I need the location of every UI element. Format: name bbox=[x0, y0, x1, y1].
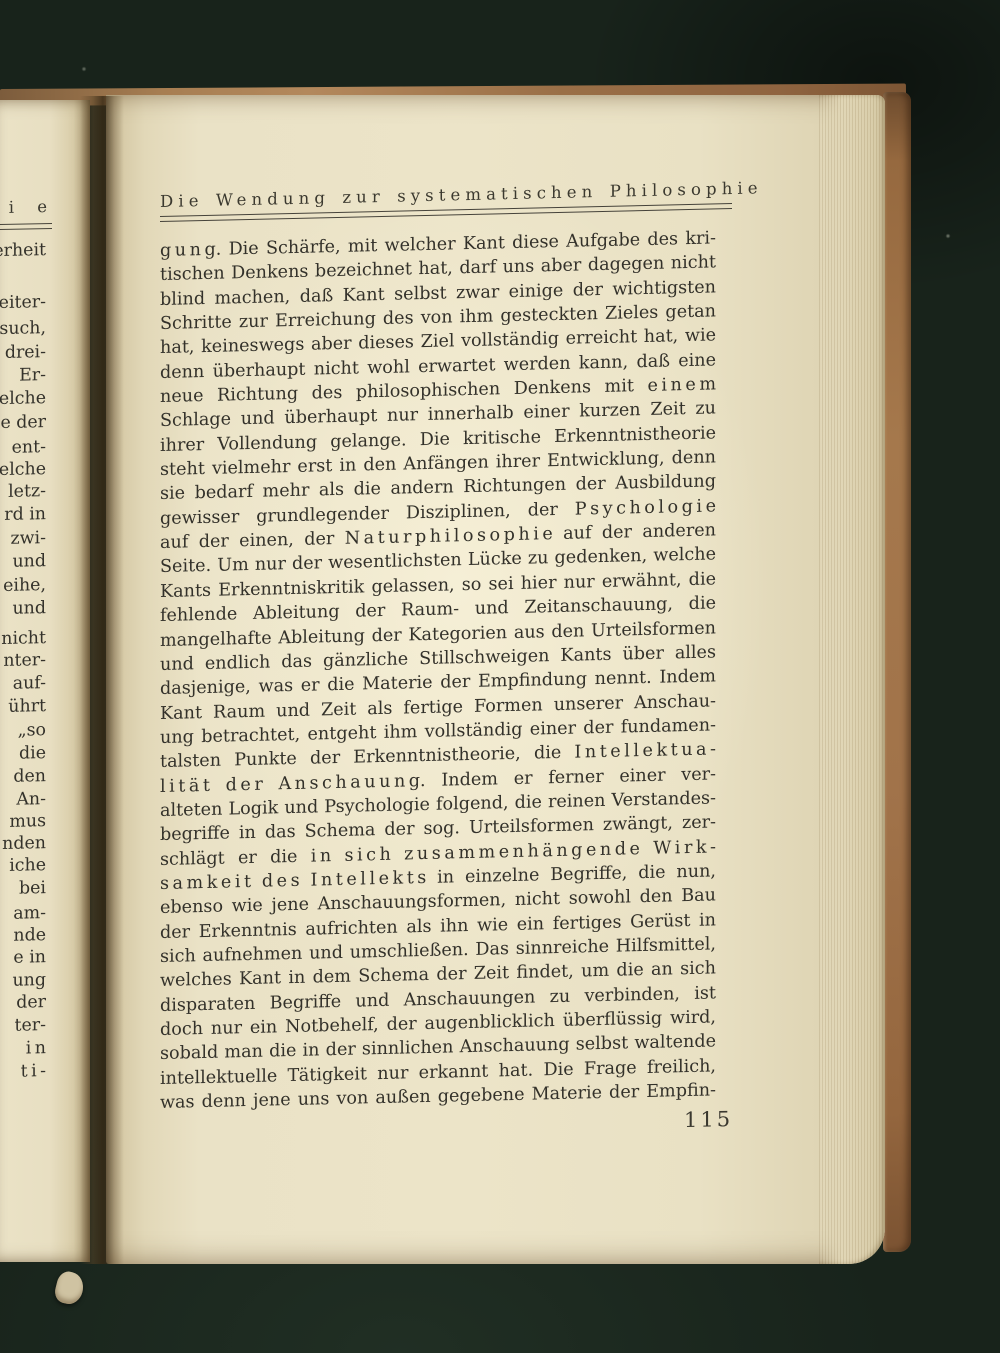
left-page-line-fragment: Er- bbox=[0, 365, 46, 386]
left-page-line-fragment: den bbox=[0, 766, 46, 787]
page-content: Die Wendung zur systematischen Philosoph… bbox=[160, 179, 718, 1192]
body-text: g u n g. Die Schärfe, mit welcher Kant d… bbox=[160, 226, 716, 1115]
book-cover-edge bbox=[883, 92, 911, 1252]
left-page-line-fragment: erheit bbox=[0, 240, 46, 261]
left-page-line-fragment: iche bbox=[0, 855, 46, 876]
left-page-line-fragment: nicht bbox=[0, 628, 46, 649]
left-page-line-fragment: eihe, bbox=[0, 575, 46, 596]
left-page-line-fragment: e der bbox=[0, 412, 46, 433]
left-page-line-fragment: bei bbox=[0, 878, 46, 899]
gutter-shadow bbox=[80, 96, 124, 1264]
left-page-content: i e erheiteiter-such,drei-Er-elchee dere… bbox=[0, 98, 90, 1262]
left-page-line-fragment: „so bbox=[0, 720, 46, 741]
left-page-line-fragment: die bbox=[0, 743, 46, 764]
left-running-header-fragment: i e bbox=[0, 197, 56, 217]
left-page-line-fragment: drei- bbox=[0, 342, 46, 363]
left-page-line-fragment: e in bbox=[0, 947, 46, 968]
left-page-line-fragment: elche bbox=[0, 459, 46, 480]
left-page-line-fragment: ent- bbox=[0, 437, 46, 458]
left-page-line-fragment: nter- bbox=[0, 650, 46, 671]
book-page: Die Wendung zur systematischen Philosoph… bbox=[106, 95, 885, 1264]
left-page-line-fragment: ührt bbox=[0, 696, 46, 717]
left-page-line-fragment: nde bbox=[0, 925, 46, 946]
left-page-line-fragment: nden bbox=[0, 833, 46, 854]
left-page-line-fragment: am- bbox=[0, 903, 46, 924]
page-number: 115 bbox=[684, 1107, 733, 1132]
left-page-sliver: i e erheiteiter-such,drei-Er-elchee dere… bbox=[0, 100, 90, 1262]
paper-scrap bbox=[53, 1269, 87, 1307]
left-header-double-rule bbox=[0, 223, 52, 230]
left-page-line-fragment: ung bbox=[0, 970, 46, 991]
left-page-line-fragment: An- bbox=[0, 789, 46, 810]
left-page-line-fragment: elche bbox=[0, 388, 46, 409]
left-page-line-fragment: such, bbox=[0, 318, 46, 339]
left-page-line-fragment: mus bbox=[0, 811, 46, 832]
left-page-line-fragment: auf- bbox=[0, 673, 46, 694]
left-page-line-fragment: t i - bbox=[0, 1061, 46, 1082]
left-page-line-fragment: ter- bbox=[0, 1015, 46, 1036]
left-page-line-fragment: eiter- bbox=[0, 292, 46, 313]
left-page-line-fragment: i n bbox=[0, 1038, 46, 1059]
left-page-line-fragment: der bbox=[0, 992, 46, 1013]
left-page-line-fragment: zwi- bbox=[0, 528, 46, 549]
page-stack-fore-edge bbox=[819, 95, 885, 1264]
left-page-line-fragment: letz- bbox=[0, 481, 46, 502]
left-page-line-fragment: und bbox=[0, 598, 46, 619]
left-page-line-fragment: und bbox=[0, 551, 46, 572]
left-page-line-fragment: rd in bbox=[0, 504, 46, 525]
book-photo-scene: i e erheiteiter-such,drei-Er-elchee dere… bbox=[0, 0, 1000, 1353]
